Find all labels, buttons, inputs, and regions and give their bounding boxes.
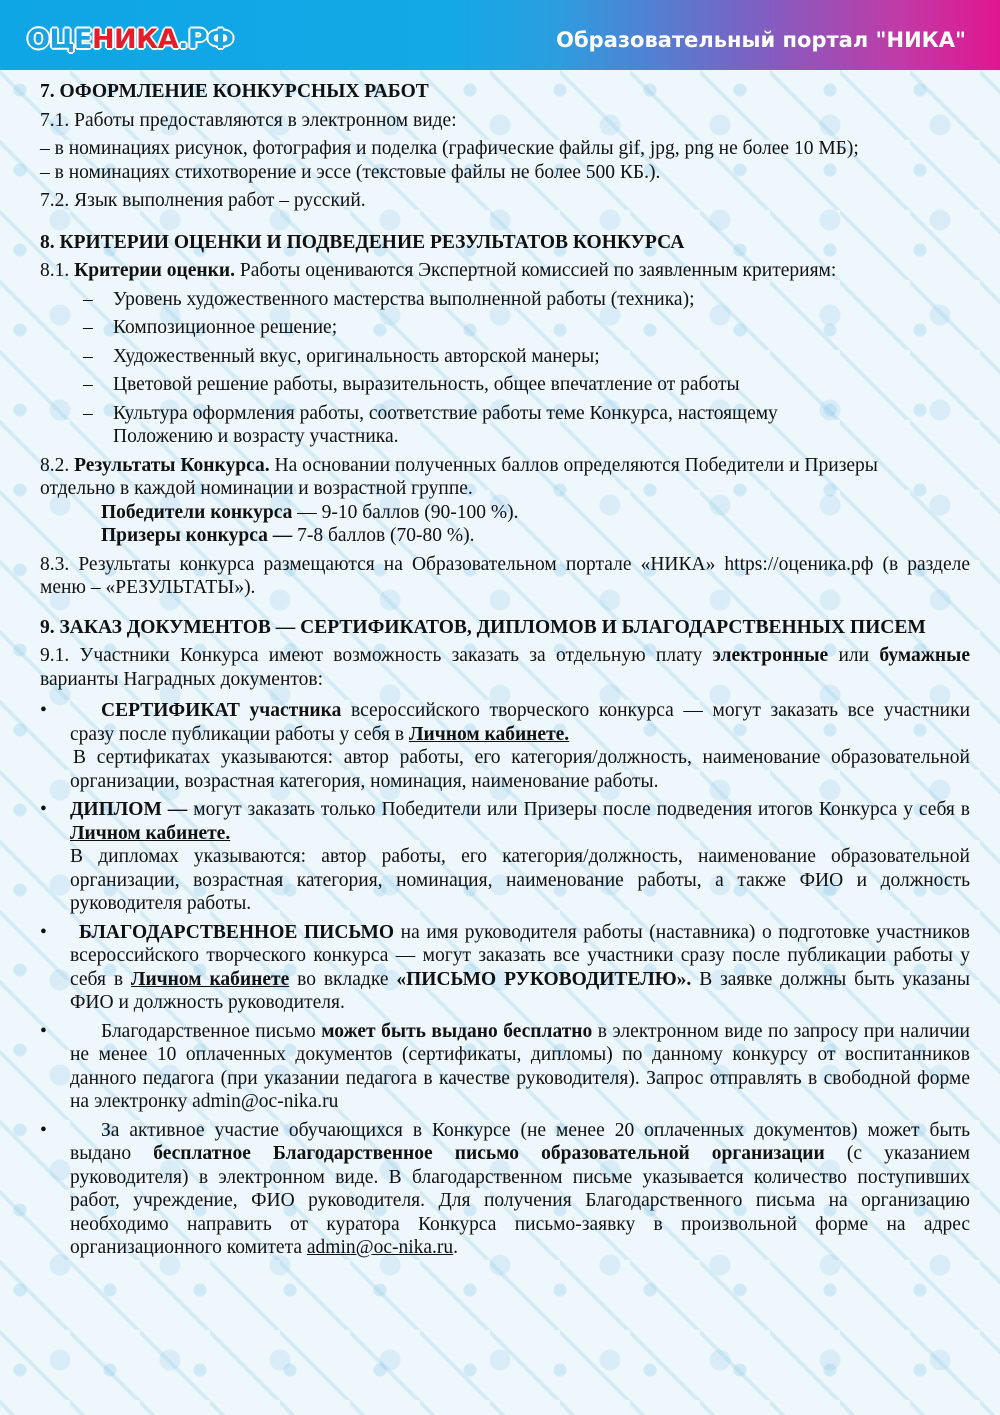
section-8-title: 8. КРИТЕРИИ ОЦЕНКИ И ПОДВЕДЕНИЕ РЕЗУЛЬТА… [40,231,970,255]
personal-account-link[interactable]: Личном кабинете [131,969,289,990]
section-8-2: 8.2. Результаты Конкурса. На основании п… [40,454,970,501]
winners-line: Победители конкурса — 9-10 баллов (90-10… [40,501,970,525]
organization-letter-item: • За активное участие обучающихся в Конк… [40,1119,970,1260]
criteria-list: –Уровень художественного мастерства выпо… [40,288,970,449]
mentor-letter-tab-label: «ПИСЬМО РУКОВОДИТЕЛЮ». [396,969,691,990]
dash-marker: – [83,402,93,426]
personal-account-link[interactable]: Личном кабинете. [409,724,569,745]
portal-title: Образовательный портал "НИКА" [556,28,966,52]
bullet-icon: • [40,1119,47,1143]
winners-score: — 9-10 баллов (90-100 %). [292,502,518,523]
criteria-text: Цветовой решение работы, выразительность… [113,374,740,395]
prizers-label: Призеры конкурса — [101,525,292,546]
logo-part-2: НИКА [92,24,178,55]
dash-marker: – [83,288,93,312]
criteria-text: Культура оформления работы, соответствие… [113,403,778,448]
section-8-1-number: 8.1. [40,260,74,281]
certificate-label: СЕРТИФИКАТ участника [101,700,341,721]
section-8-1-text: Работы оцениваются Экспертной комиссией … [235,260,836,281]
section-7-1: 7.1. Работы предоставляются в электронно… [40,109,970,133]
section-7-1-item-images: – в номинациях рисунок, фотография и под… [40,137,970,161]
org-letter-end: . [453,1237,458,1258]
bullet-icon: • [40,921,47,945]
criteria-text: Уровень художественного мастерства выпол… [113,289,695,310]
section-9-1-text-a: 9.1. Участники Конкурса имеют возможност… [40,645,713,666]
logo-part-1: ОЦЕ [27,24,92,55]
diploma-label: ДИПЛОМ — [70,799,187,820]
section-7-2: 7.2. Язык выполнения работ – русский. [40,189,970,213]
criteria-item: –Культура оформления работы, соответстви… [40,402,970,449]
section-8-1-heading: Критерии оценки. [74,260,235,281]
bullet-icon: • [40,798,47,822]
criteria-text: Художественный вкус, оригинальность авто… [113,346,600,367]
org-letter-bold: бесплатное Благодарственное письмо образ… [153,1143,825,1164]
section-9-1: 9.1. Участники Конкурса имеют возможност… [40,644,970,691]
site-logo[interactable]: ОЦЕНИКА.РФ [27,24,233,55]
prizers-score: 7-8 баллов (70-80 %). [292,525,474,546]
section-7-title: 7. ОФОРМЛЕНИЕ КОНКУРСНЫХ РАБОТ [40,80,970,104]
electronic-label: электронные [713,645,829,666]
section-9-title: 9. ЗАКАЗ ДОКУМЕНТОВ — СЕРТИФИКАТОВ, ДИПЛ… [40,616,970,640]
criteria-item: –Композиционное решение; [40,316,970,340]
paper-label: бумажные [879,645,970,666]
section-9-1-text-c: варианты Наградных документов: [40,669,323,690]
criteria-text: Композиционное решение; [113,317,337,338]
thank-you-letter-text-2: во вкладке [289,969,396,990]
bullet-icon: • [40,699,47,723]
admin-email-link[interactable]: admin@oc-nika.ru [307,1237,453,1258]
thank-you-letter-item: • БЛАГОДАРСТВЕННОЕ ПИСЬМО на имя руковод… [40,921,970,1015]
section-8-1: 8.1. Критерии оценки. Работы оцениваются… [40,259,970,283]
prizers-line: Призеры конкурса — 7-8 баллов (70-80 %). [40,524,970,548]
section-8-2-number: 8.2. [40,455,74,476]
page-header: ОЦЕНИКА.РФ Образовательный портал "НИКА" [0,0,1000,70]
section-8-3: 8.3. Результаты конкурса размещаются на … [40,553,970,600]
criteria-item: –Уровень художественного мастерства выпо… [40,288,970,312]
certificate-item: • СЕРТИФИКАТ участника всероссийского тв… [40,699,970,746]
dash-marker: – [83,316,93,340]
section-8-2-heading: Результаты Конкурса. [74,455,269,476]
criteria-item: –Художественный вкус, оригинальность авт… [40,345,970,369]
dash-marker: – [83,345,93,369]
diploma-text: могут заказать только Победители или При… [187,799,970,820]
free-letter-bold: может быть выдано бесплатно [321,1021,592,1042]
winners-label: Победители конкурса [101,502,292,523]
certificate-note-text: В сертификатах указываются: автор работы… [70,747,970,792]
thank-you-letter-label: БЛАГОДАРСТВЕННОЕ ПИСЬМО [79,922,394,943]
section-9-1-text-b: или [828,645,879,666]
section-7-1-item-texts: – в номинациях стихотворение и эссе (тек… [40,161,970,185]
personal-account-link[interactable]: Личном кабинете. [70,823,230,844]
free-letter-item: • Благодарственное письмо может быть выд… [40,1020,970,1114]
certificate-note: В сертификатах указываются: автор работы… [40,746,970,793]
bullet-icon: • [40,1020,47,1044]
dash-marker: – [83,373,93,397]
diploma-item: • ДИПЛОМ — могут заказать только Победит… [40,798,970,845]
diploma-note: В дипломах указываются: автор работы, ег… [40,845,970,916]
criteria-item: –Цветовой решение работы, выразительност… [40,373,970,397]
free-letter-text: Благодарственное письмо [101,1021,321,1042]
logo-part-3: .РФ [178,24,233,55]
document-body: 7. ОФОРМЛЕНИЕ КОНКУРСНЫХ РАБОТ 7.1. Рабо… [40,80,970,1260]
